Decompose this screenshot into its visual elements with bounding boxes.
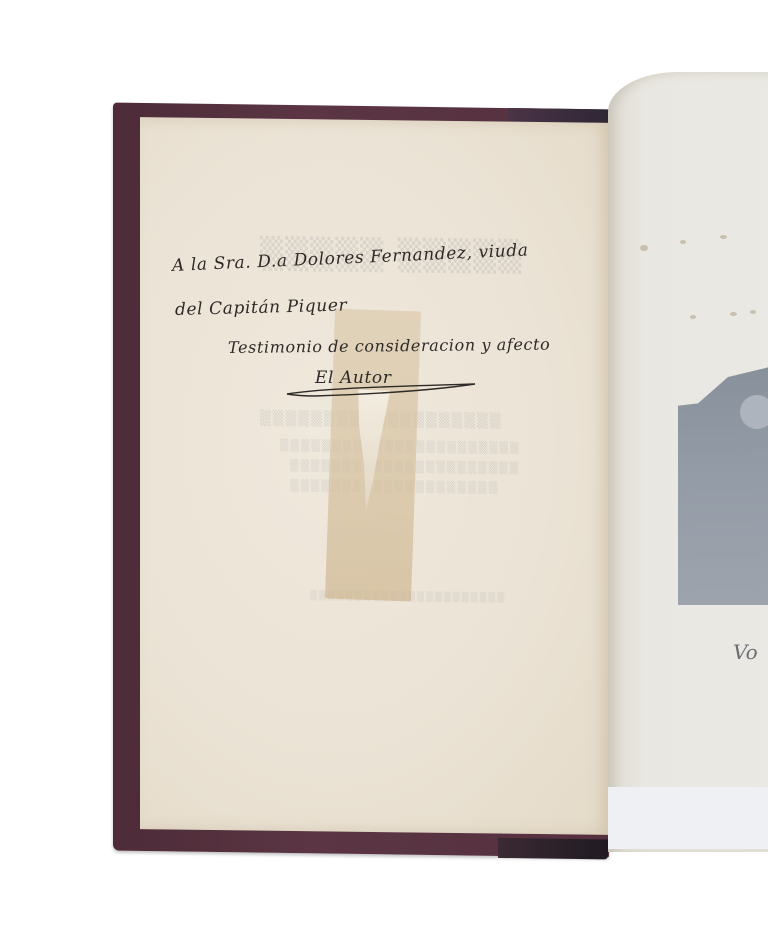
inscription-line-3: Testimonio de consideracion y afecto	[228, 335, 550, 357]
portrait-face	[740, 395, 768, 429]
foxing-spot	[680, 240, 686, 244]
book-photo: ▒▒▒▒▒ ▒▒▒▒▒ ▒▒▒▒▒▒▒▒▒▒▒▒▒▒▒▒▒▒▒ ▒▒▒▒▒▒▒▒…	[0, 0, 768, 931]
paper-tear	[350, 389, 394, 510]
foxing-spot	[730, 312, 737, 316]
portrait-caption-fragment: Vo	[733, 640, 758, 664]
foxing-spot	[690, 315, 696, 319]
signature-flourish	[285, 378, 485, 402]
foxing-spot	[720, 235, 727, 239]
foxing-spot	[750, 310, 756, 314]
foxing-spot	[640, 245, 648, 251]
cover-worn-corner-bottom	[498, 838, 608, 860]
frontispiece-edge	[608, 787, 768, 849]
